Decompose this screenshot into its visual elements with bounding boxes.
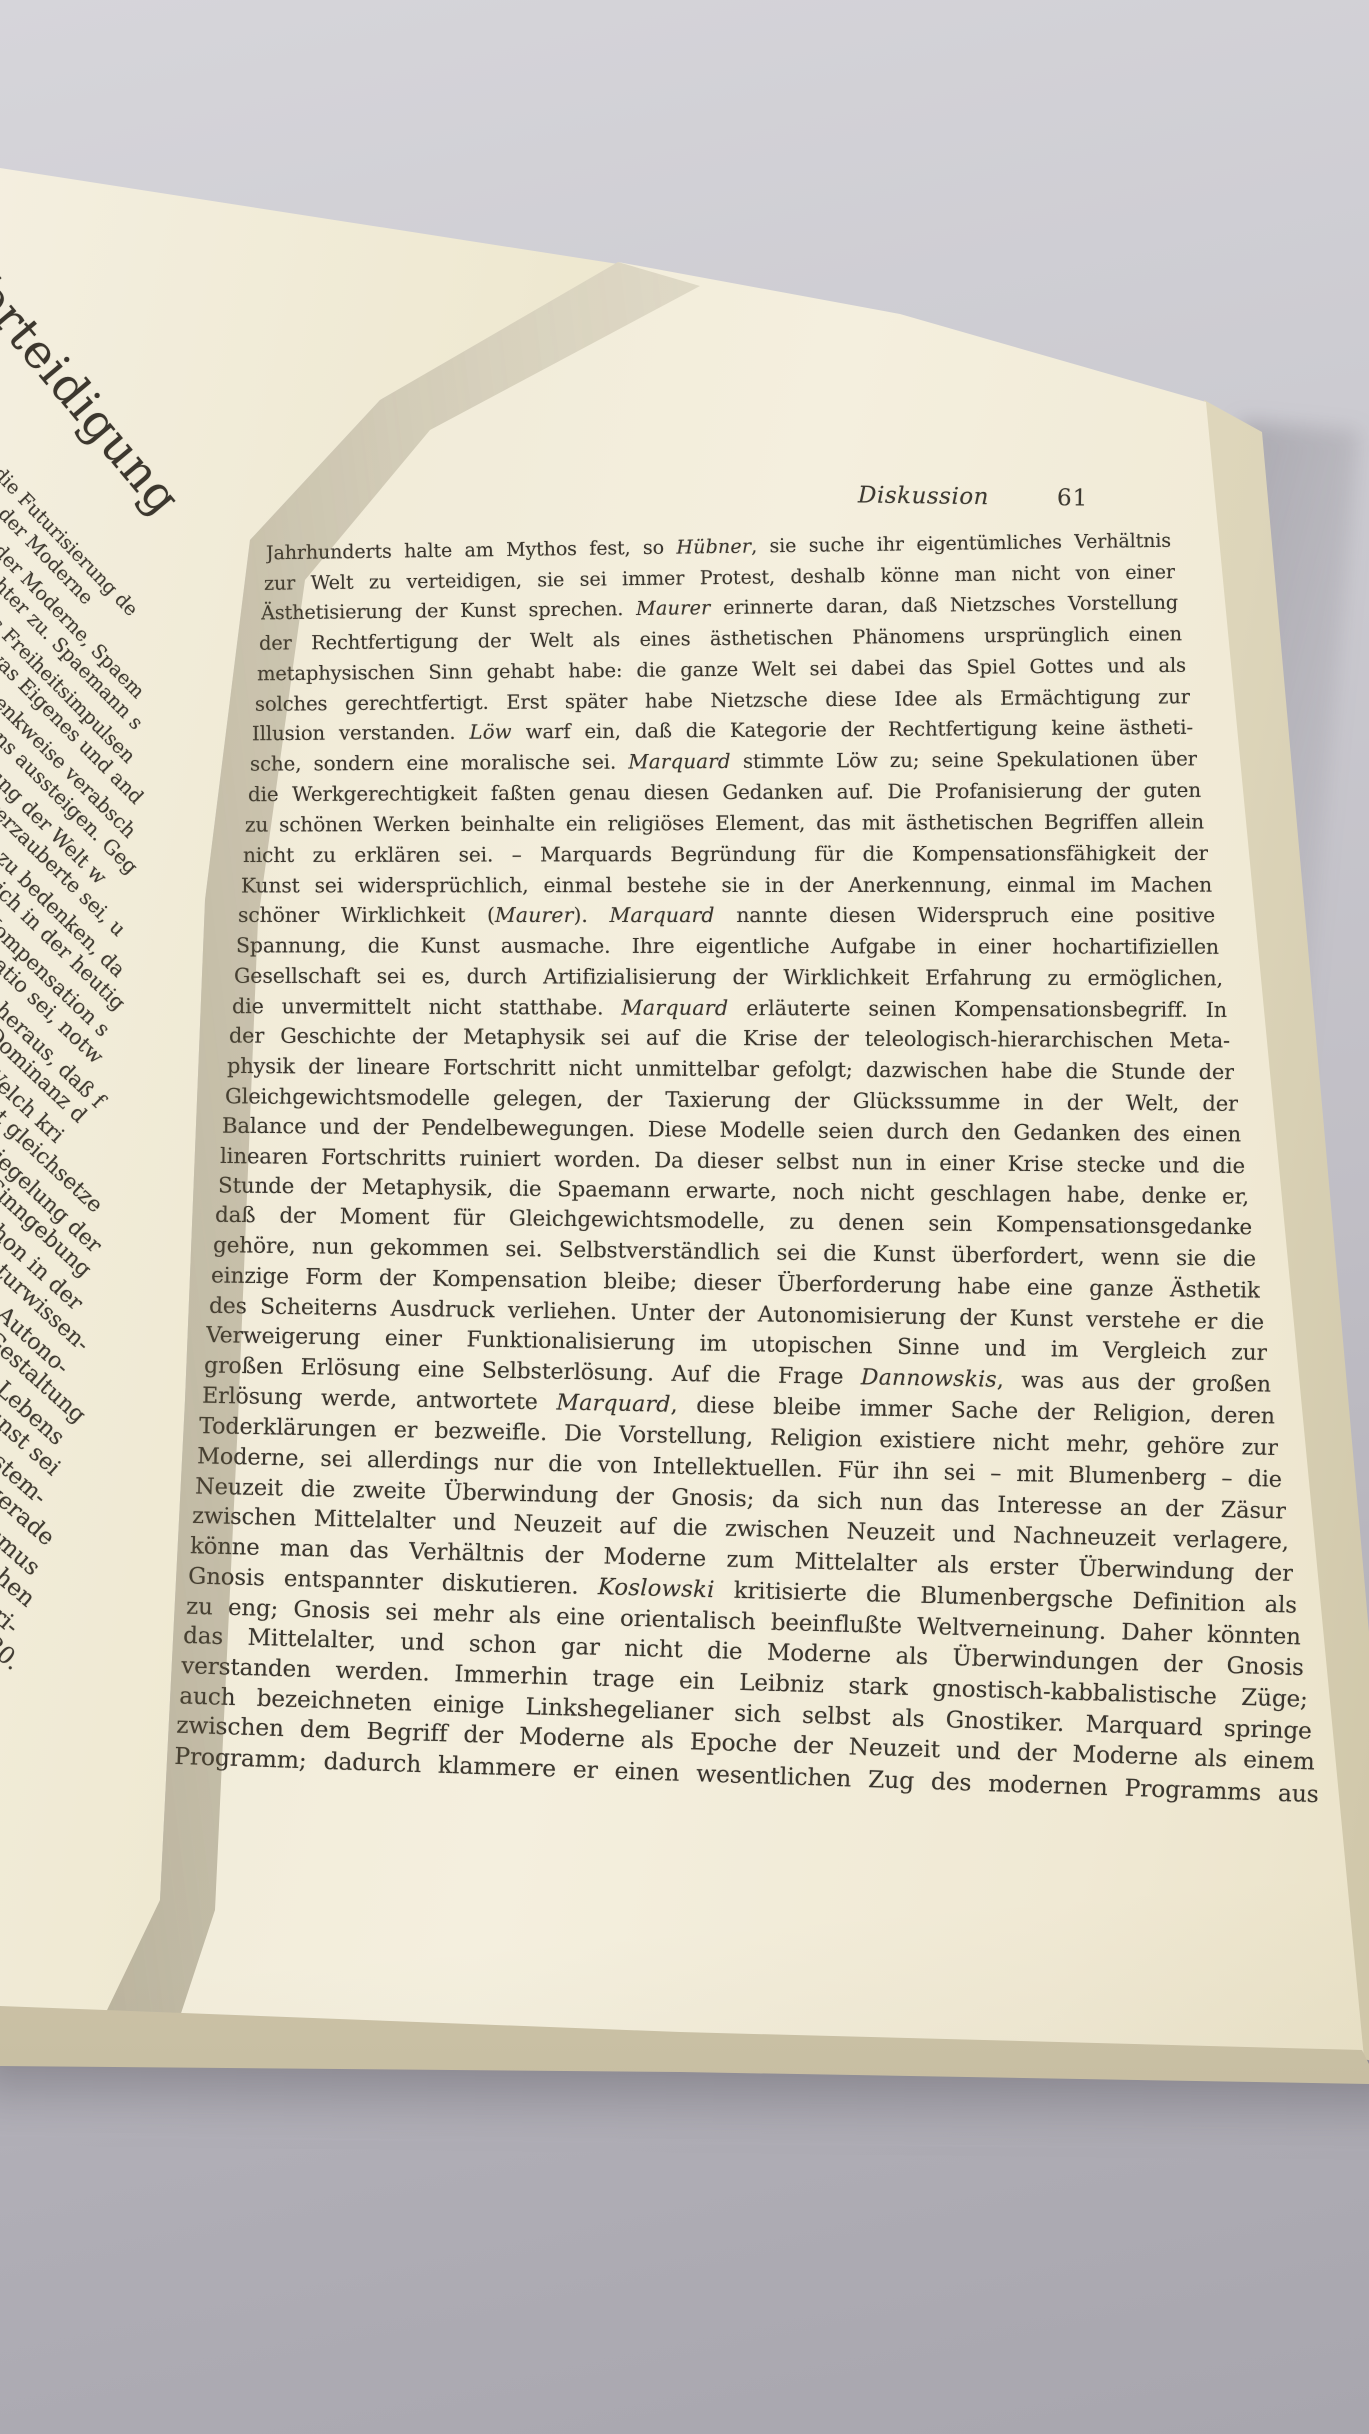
book-photo: Verteidigung e r die Futurisierung dee d… bbox=[0, 0, 1369, 2434]
text-line: schöner Wirklichkeit (Maurer). Marquard … bbox=[238, 901, 1215, 931]
text-line: zu schönen Werken beinhalte ein religiös… bbox=[245, 808, 1204, 841]
text-line: nicht zu erklären sei. – Marquards Begrü… bbox=[243, 839, 1208, 871]
left-page-fragment: 20. bbox=[0, 1630, 27, 1676]
text-line: Kunst sei widersprüchlich, einmal besteh… bbox=[241, 870, 1212, 901]
text-line: Gesellschaft sei es, durch Artifizialisi… bbox=[234, 961, 1223, 994]
text-line: Spannung, die Kunst ausmache. Ihre eigen… bbox=[236, 931, 1219, 962]
text-line: die unvermittelt nicht statthabe. Marqua… bbox=[231, 992, 1226, 1026]
text-line: der Geschichte der Metaphysik sei auf di… bbox=[229, 1022, 1230, 1057]
text-line: die Werkgerechtigkeit faßten genau diese… bbox=[248, 776, 1201, 810]
left-page-heading-line1: Verteidigung bbox=[0, 246, 191, 526]
text-line: Illusion verstanden. Löw warf ein, daß d… bbox=[252, 714, 1193, 750]
text-line: sche, sondern eine moralische sei. Marqu… bbox=[250, 745, 1197, 780]
